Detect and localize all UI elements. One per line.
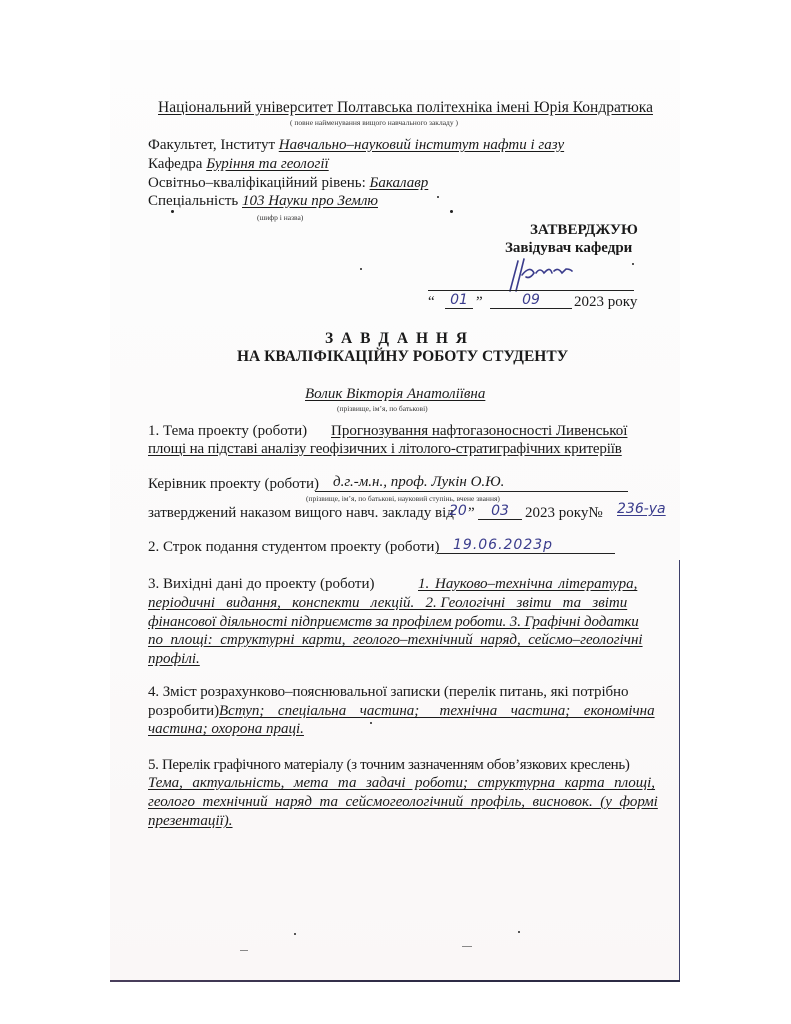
order-month: 03 <box>478 503 522 520</box>
department-label: Кафедра <box>148 156 202 172</box>
specialty-label: Спеціальність <box>148 193 238 209</box>
scan-speck <box>171 210 174 213</box>
inputs-label: 3. Вихідні дані до проекту (роботи) <box>148 576 374 593</box>
order-day: 20 <box>449 503 467 519</box>
order-text: затверджений наказом вищого навч. заклад… <box>148 505 454 522</box>
page-bottom-edge <box>110 980 680 982</box>
scan-speck <box>632 263 634 265</box>
scan-speck <box>360 268 362 270</box>
scan-speck <box>370 722 372 724</box>
task-title: З А В Д А Н Н Я <box>325 330 469 348</box>
inputs-line-3: фінансової діяльності підприємств за про… <box>148 614 639 631</box>
scan-speck <box>462 946 472 947</box>
contents-line-1: 4. Зміст розрахунково–пояснювальної запи… <box>148 684 628 701</box>
graphics-line-4: презентації). <box>148 813 233 830</box>
scan-speck <box>294 933 296 935</box>
inputs-line-2: періодичні видання, конспекти лекцій. 2.… <box>148 595 642 612</box>
faculty-label: Факультет, Інститут <box>148 137 275 153</box>
level-row: Освітньо–кваліфікаційний рівень: Бакалав… <box>148 175 428 192</box>
faculty-value: Навчально–науковий інститут нафти і газу <box>279 137 564 153</box>
level-label: Освітньо–кваліфікаційний рівень: <box>148 175 366 191</box>
approval-year: 2023 року <box>574 294 637 311</box>
topic-label: 1. Тема проекту (роботи) <box>148 423 307 440</box>
order-year: 2023 року№ <box>525 505 603 522</box>
scan-speck <box>240 950 248 951</box>
inputs-line-4: по площі: структурні карти, геолого–техн… <box>148 632 643 649</box>
topic-line-1: Прогнозування нафтогазоносності Ливенськ… <box>331 423 627 440</box>
student-name: Волик Вікторія Анатоліївна <box>305 386 485 403</box>
approval-month: 09 <box>490 292 572 309</box>
scan-speck <box>450 210 453 213</box>
contents-line-2: Вступ; спеціальна частина; технічна част… <box>219 703 655 720</box>
supervisor-value: д.г.-м.н., проф. Лукін О.Ю. <box>315 474 628 492</box>
department-value: Буріння та геології <box>206 156 329 172</box>
deadline-value: 19.06.2023р <box>437 537 615 554</box>
level-value: Бакалавр <box>370 175 429 191</box>
contents-line-3: частина; охорона праці. <box>148 721 304 738</box>
supervisor-label: Керівник проекту (роботи) <box>148 476 319 493</box>
graphics-line-2: Тема, актуальність, мета та задачі робот… <box>148 775 655 792</box>
open-quote: “ <box>428 294 435 310</box>
order-number: 236-уа <box>617 501 666 517</box>
inputs-line-1: 1. Науково–технічна література, <box>418 576 637 593</box>
order-quote: ” <box>468 505 475 522</box>
signature-line <box>428 290 634 291</box>
specialty-value: 103 Науки про Землю <box>242 193 378 209</box>
supervisor-caption: (прізвище, ім’я, по батькові, науковий с… <box>306 494 500 503</box>
approval-title: ЗАТВЕРДЖУЮ <box>530 222 638 239</box>
specialty-caption: (шифр і назва) <box>257 213 303 222</box>
topic-line-2: площі на підставі аналізу геофізичних і … <box>148 441 622 458</box>
university-caption: ( повне найменування вищого навчального … <box>290 118 458 127</box>
university-name: Національний університет Полтавська полі… <box>158 99 653 117</box>
page-right-edge <box>679 560 680 981</box>
close-quote: ” <box>476 294 483 311</box>
task-subtitle: НА КВАЛІФІКАЦІЙНУ РОБОТУ СТУДЕНТУ <box>237 348 568 366</box>
inputs-line-5: профілі. <box>148 651 200 668</box>
specialty-row: Спеціальність 103 Науки про Землю <box>148 193 378 210</box>
student-caption: (прізвище, ім’я, по батькові) <box>337 404 428 413</box>
department-row: Кафедра Буріння та геології <box>148 156 329 173</box>
approval-day: 01 <box>445 292 473 309</box>
scan-speck <box>518 931 520 933</box>
signature-icon <box>500 255 580 295</box>
approval-date-row: “ <box>428 294 435 311</box>
deadline-label: 2. Строк подання студентом проекту (робо… <box>148 539 439 556</box>
scan-speck <box>437 196 439 198</box>
contents-label-2: розробити) <box>148 703 219 720</box>
graphics-line-1: 5. Перелік графічного матеріалу (з точни… <box>148 757 629 774</box>
faculty-row: Факультет, Інститут Навчально–науковий і… <box>148 137 564 154</box>
graphics-line-3: геолого технічний наряд та сейсмогеологі… <box>148 794 658 811</box>
